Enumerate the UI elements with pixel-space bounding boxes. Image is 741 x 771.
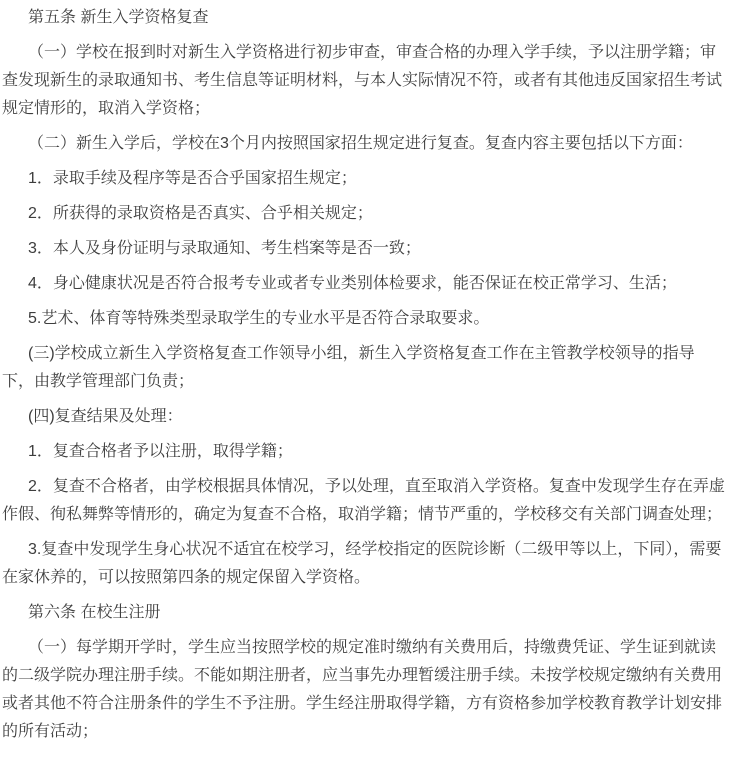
article-5-clause-3: (三)学校成立新生入学资格复查工作领导小组，新生入学资格复查工作在主管教学校领导…: [2, 340, 725, 396]
article-5-clause-2-item-4: 4．身心健康状况是否符合报考专业或者专业类别体检要求，能否保证在校正常学习、生活…: [2, 270, 725, 298]
article-5-clause-2-item-5: 5.艺术、体育等特殊类型录取学生的专业水平是否符合录取要求。: [2, 305, 725, 333]
article-6-clause-1: （一）每学期开学时，学生应当按照学校的规定准时缴纳有关费用后，持缴费凭证、学生证…: [2, 634, 725, 746]
regulation-document: 第五条 新生入学资格复查 （一）学校在报到时对新生入学资格进行初步审查，审查合格…: [0, 0, 741, 771]
article-5-clause-2-item-2: 2．所获得的录取资格是否真实、合乎相关规定；: [2, 200, 725, 228]
article-5-clause-4-item-2: 2．复查不合格者，由学校根据具体情况，予以处理，直至取消入学资格。复查中发现学生…: [2, 473, 725, 529]
article-5-clause-4: (四)复查结果及处理：: [2, 403, 725, 431]
article-5-clause-4-item-3: 3.复查中发现学生身心状况不适宜在校学习，经学校指定的医院诊断（二级甲等以上，下…: [2, 536, 725, 592]
article-5-clause-4-item-1: 1．复查合格者予以注册，取得学籍；: [2, 438, 725, 466]
article-5-clause-2-item-1: 1．录取手续及程序等是否合乎国家招生规定；: [2, 165, 725, 193]
article-5-clause-2-item-3: 3．本人及身份证明与录取通知、考生档案等是否一致；: [2, 235, 725, 263]
article-6-title: 第六条 在校生注册: [2, 599, 725, 627]
article-5-clause-1: （一）学校在报到时对新生入学资格进行初步审查，审查合格的办理入学手续，予以注册学…: [2, 39, 725, 123]
article-5-clause-2: （二）新生入学后，学校在3个月内按照国家招生规定进行复查。复查内容主要包括以下方…: [2, 130, 725, 158]
article-5-title: 第五条 新生入学资格复查: [2, 4, 725, 32]
